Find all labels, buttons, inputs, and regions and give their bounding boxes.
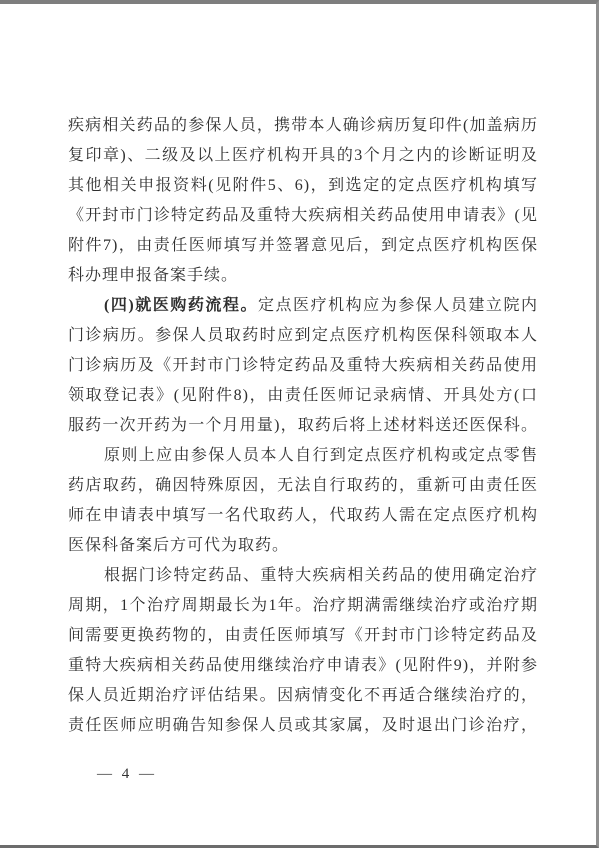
- text-line: 医保科备案后方可代为取药。: [68, 531, 538, 561]
- text-line: (四)就医购药流程。定点医疗机构应为参保人员建立院内: [68, 291, 538, 321]
- text-line: 疾病相关药品的参保人员，携带本人确诊病历复印件(加盖病历: [68, 111, 538, 141]
- text-line: 复印章)、二级及以上医疗机构开具的3个月之内的诊断证明及: [68, 141, 538, 171]
- text-line: 师在申请表中填写一名代取药人，代取药人需在定点医疗机构: [68, 501, 538, 531]
- text-line: 保人员近期治疗评估结果。因病情变化不再适合继续治疗的，: [68, 681, 538, 711]
- text-line: 《开封市门诊特定药品及重特大疾病相关药品使用申请表》(见: [68, 201, 538, 231]
- text-line: 科办理申报备案手续。: [68, 261, 538, 291]
- text-line: 责任医师应明确告知参保人员或其家属，及时退出门诊治疗，: [68, 711, 538, 741]
- text-run: 定点医疗机构应为参保人员建立院内: [258, 297, 538, 314]
- text-line: 原则上应由参保人员本人自行到定点医疗机构或定点零售: [68, 441, 538, 471]
- text-line: 周期，1个治疗周期最长为1年。治疗期满需继续治疗或治疗期: [68, 591, 538, 621]
- document-body: 疾病相关药品的参保人员，携带本人确诊病历复印件(加盖病历复印章)、二级及以上医疗…: [68, 111, 538, 741]
- text-line: 附件7)，由责任医师填写并签署意见后，到定点医疗机构医保: [68, 231, 538, 261]
- text-line: 领取登记表》(见附件8)，由责任医师记录病情、开具处方(口: [68, 381, 538, 411]
- text-line: 药店取药，确因特殊原因，无法自行取药的，重新可由责任医: [68, 471, 538, 501]
- text-line: 间需要更换药物的，由责任医师填写《开封市门诊特定药品及: [68, 621, 538, 651]
- page-number: — 4 —: [97, 761, 157, 787]
- text-line: 其他相关申报资料(见附件5、6)，到选定的定点医疗机构填写: [68, 171, 538, 201]
- text-line: 门诊病历。参保人员取药时应到定点医疗机构医保科领取本人: [68, 321, 538, 351]
- text-line: 重特大疾病相关药品使用继续治疗申请表》(见附件9)，并附参: [68, 651, 538, 681]
- text-line: 根据门诊特定药品、重特大疾病相关药品的使用确定治疗: [68, 561, 538, 591]
- document-page: 疾病相关药品的参保人员，携带本人确诊病历复印件(加盖病历复印章)、二级及以上医疗…: [0, 0, 599, 848]
- text-line: 门诊病历及《开封市门诊特定药品及重特大疾病相关药品使用: [68, 351, 538, 381]
- section-heading: (四)就医购药流程。: [104, 297, 258, 314]
- text-line: 服药一次开药为一个月用量)，取药后将上述材料送还医保科。: [68, 411, 538, 441]
